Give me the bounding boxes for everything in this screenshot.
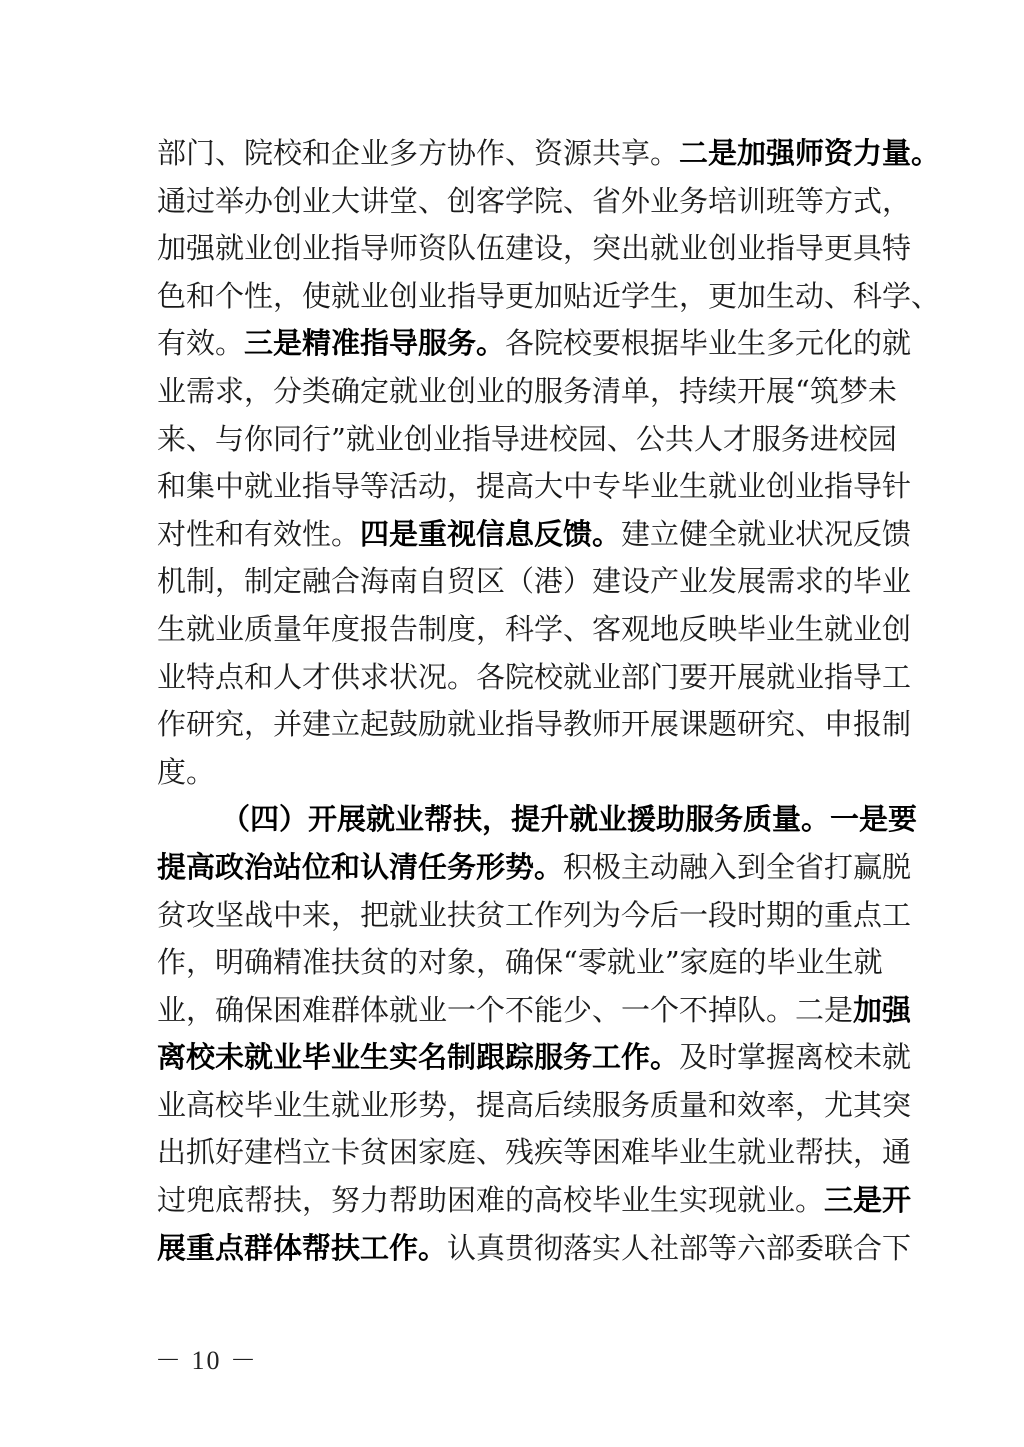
bold-heading-text: 展重点群体帮扶工作。 — [157, 1231, 447, 1265]
body-text: 认真贯彻落实人社部等六部委联合下 — [447, 1231, 911, 1265]
body-text: 贫攻坚战中来，把就业扶贫工作列为今后一段时期的重点工 — [157, 898, 911, 932]
bold-heading-text: 四是重视信息反馈。 — [360, 517, 621, 551]
text-line: 出抓好建档立卡贫困家庭、残疾等困难毕业生就业帮扶，通 — [157, 1129, 869, 1177]
body-text: 有效。 — [157, 326, 244, 360]
text-line: 提高政治站位和认清任务形势。积极主动融入到全省打赢脱 — [157, 844, 869, 892]
text-line: 业，确保困难群体就业一个不能少、一个不掉队。二是加强 — [157, 987, 869, 1035]
body-text: 业，确保困难群体就业一个不能少、一个不掉队。二是 — [157, 993, 853, 1027]
page-number: － 10 － — [155, 1340, 258, 1377]
text-line: 离校未就业毕业生实名制跟踪服务工作。及时掌握离校未就 — [157, 1034, 869, 1082]
body-text: 各院校要根据毕业生多元化的就 — [505, 326, 911, 360]
document-body: 部门、院校和企业多方协作、资源共享。二是加强师资力量。通过举办创业大讲堂、创客学… — [157, 130, 869, 1272]
bold-heading-text: 离校未就业毕业生实名制跟踪服务工作。 — [157, 1040, 679, 1074]
body-text: 业高校毕业生就业形势，提高后续服务质量和效率，尤其突 — [157, 1088, 911, 1122]
body-text: 业需求，分类确定就业创业的服务清单，持续开展“筑梦未 — [157, 374, 897, 408]
text-line: 通过举办创业大讲堂、创客学院、省外业务培训班等方式， — [157, 178, 869, 226]
body-text: 作，明确精准扶贫的对象，确保“零就业”家庭的毕业生就 — [157, 945, 883, 979]
text-line: 作，明确精准扶贫的对象，确保“零就业”家庭的毕业生就 — [157, 939, 869, 987]
body-text: 度。 — [157, 755, 215, 789]
body-text: 建立健全就业状况反馈 — [621, 517, 911, 551]
body-text: 作研究，并建立起鼓励就业指导教师开展课题研究、申报制 — [157, 707, 911, 741]
body-text: 机制，制定融合海南自贸区（港）建设产业发展需求的毕业 — [157, 564, 911, 598]
body-text: 出抓好建档立卡贫困家庭、残疾等困难毕业生就业帮扶，通 — [157, 1135, 911, 1169]
body-text: 过兜底帮扶，努力帮助困难的高校毕业生实现就业。 — [157, 1183, 824, 1217]
bold-heading-text: （四）开展就业帮扶，提升就业援助服务质量。一是要 — [221, 802, 917, 836]
body-text: 部门、院校和企业多方协作、资源共享。 — [157, 136, 679, 170]
text-line: 过兜底帮扶，努力帮助困难的高校毕业生实现就业。三是开 — [157, 1177, 869, 1225]
body-text: 生就业质量年度报告制度，科学、客观地反映毕业生就业创 — [157, 612, 911, 646]
text-line: 业高校毕业生就业形势，提高后续服务质量和效率，尤其突 — [157, 1082, 869, 1130]
text-line: 色和个性，使就业创业指导更加贴近学生，更加生动、科学、 — [157, 273, 869, 321]
body-text: 积极主动融入到全省打赢脱 — [563, 850, 911, 884]
text-line: 和集中就业指导等活动，提高大中专毕业生就业创业指导针 — [157, 463, 869, 511]
body-text: 对性和有效性。 — [157, 517, 360, 551]
text-line: 展重点群体帮扶工作。认真贯彻落实人社部等六部委联合下 — [157, 1225, 869, 1273]
text-line: 生就业质量年度报告制度，科学、客观地反映毕业生就业创 — [157, 606, 869, 654]
text-line: 作研究，并建立起鼓励就业指导教师开展课题研究、申报制 — [157, 701, 869, 749]
bold-heading-text: 加强 — [853, 993, 911, 1027]
body-text: 来、与你同行”就业创业指导进校园、公共人才服务进校园 — [157, 422, 897, 456]
text-line: （四）开展就业帮扶，提升就业援助服务质量。一是要 — [157, 796, 869, 844]
body-text: 及时掌握离校未就 — [679, 1040, 911, 1074]
body-text: 和集中就业指导等活动，提高大中专毕业生就业创业指导针 — [157, 469, 911, 503]
text-line: 部门、院校和企业多方协作、资源共享。二是加强师资力量。 — [157, 130, 869, 178]
text-line: 业需求，分类确定就业创业的服务清单，持续开展“筑梦未 — [157, 368, 869, 416]
text-line: 贫攻坚战中来，把就业扶贫工作列为今后一段时期的重点工 — [157, 892, 869, 940]
bold-heading-text: 三是开 — [824, 1183, 911, 1217]
bold-heading-text: 三是精准指导服务。 — [244, 326, 505, 360]
text-line: 度。 — [157, 749, 869, 797]
body-text: 加强就业创业指导师资队伍建设，突出就业创业指导更具特 — [157, 231, 911, 265]
text-line: 对性和有效性。四是重视信息反馈。建立健全就业状况反馈 — [157, 511, 869, 559]
body-text: 通过举办创业大讲堂、创客学院、省外业务培训班等方式， — [157, 184, 911, 218]
text-line: 来、与你同行”就业创业指导进校园、公共人才服务进校园 — [157, 416, 869, 464]
text-line: 有效。三是精准指导服务。各院校要根据毕业生多元化的就 — [157, 320, 869, 368]
body-text: 色和个性，使就业创业指导更加贴近学生，更加生动、科学、 — [157, 279, 940, 313]
text-line: 机制，制定融合海南自贸区（港）建设产业发展需求的毕业 — [157, 558, 869, 606]
body-text: 业特点和人才供求状况。各院校就业部门要开展就业指导工 — [157, 660, 911, 694]
text-line: 加强就业创业指导师资队伍建设，突出就业创业指导更具特 — [157, 225, 869, 273]
bold-heading-text: 提高政治站位和认清任务形势。 — [157, 850, 563, 884]
text-line: 业特点和人才供求状况。各院校就业部门要开展就业指导工 — [157, 654, 869, 702]
bold-heading-text: 二是加强师资力量。 — [679, 136, 940, 170]
